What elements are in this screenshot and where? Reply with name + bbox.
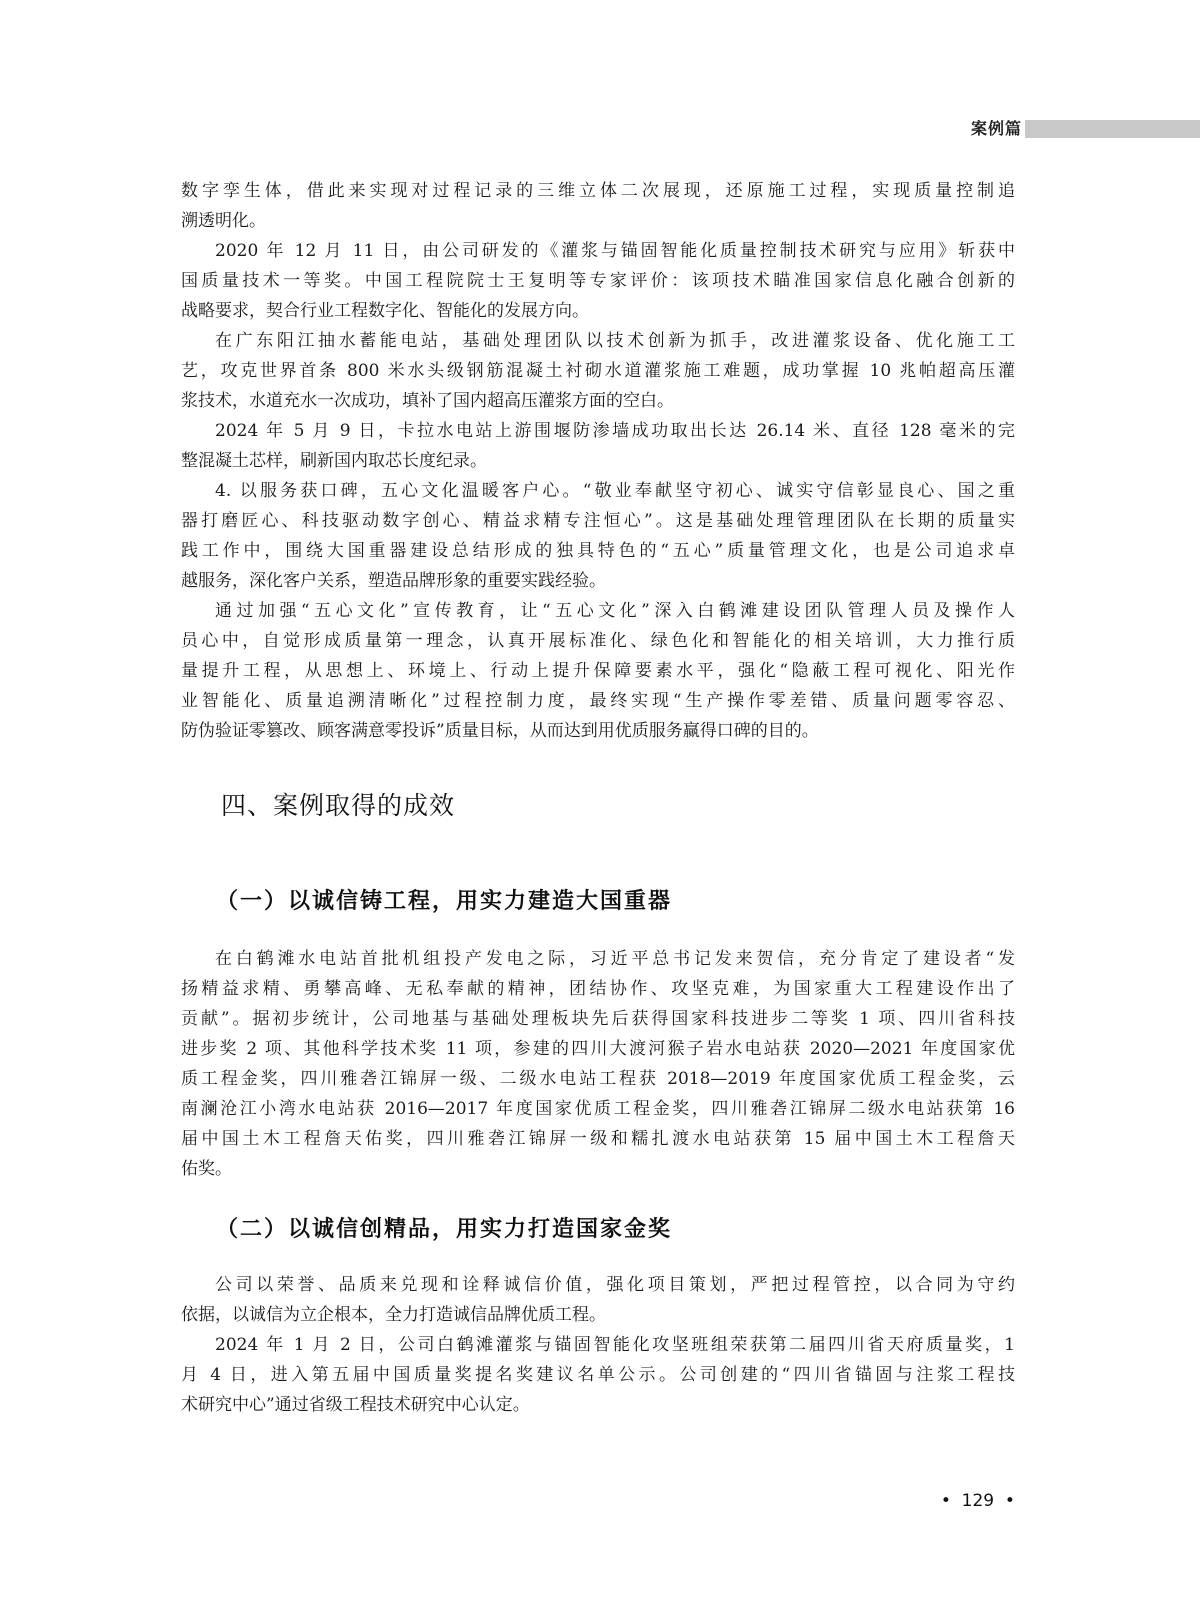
subsection-heading-1: （一）以诚信铸工程，用实力建造大国重器 xyxy=(216,884,672,915)
text-line: 质工程金奖，四川雅砻江锦屏一级、二级水电站工程获 2018—2019 年度国家优… xyxy=(181,1064,1015,1094)
paragraph: 4. 以服务获口碑，五心文化温暖客户心。“敬业奉献坚守初心、诚实守信彰显良心、国… xyxy=(181,476,1015,596)
footer-dot-left: • xyxy=(941,1491,951,1511)
text-line: 2020 年 12 月 11 日，由公司研发的《灌浆与锚固智能化质量控制技术研究… xyxy=(181,236,1015,266)
paragraph: 在广东阳江抽水蓄能电站，基础处理团队以技术创新为抓手，改进灌浆设备、优化施工工艺… xyxy=(181,326,1015,416)
paragraph: 数字孪生体，借此来实现对过程记录的三维立体二次展现，还原施工过程，实现质量控制追… xyxy=(181,176,1015,236)
text-line: 国质量技术一等奖。中国工程院院士王复明等专家评价：该项技术瞄准国家信息化融合创新… xyxy=(181,266,1015,296)
running-header: 案例篇 xyxy=(0,118,1200,140)
text-line: 通过加强“五心文化”宣传教育，让“五心文化”深入白鹤滩建设团队管理人员及操作人 xyxy=(181,596,1015,626)
text-line: 量提升工程，从思想上、环境上、行动上提升保障要素水平，强化“隐蔽工程可视化、阳光… xyxy=(181,656,1015,686)
text-line: 佑奖。 xyxy=(181,1154,1015,1184)
subsection-2-body: 公司以荣誉、品质来兑现和诠释诚信价值，强化项目策划，严把过程管控，以合同为守约依… xyxy=(181,1270,1015,1420)
text-line: 进步奖 2 项、其他科学技术奖 11 项，参建的四川大渡河猴子岩水电站获 202… xyxy=(181,1034,1015,1064)
paragraph: 在白鹤滩水电站首批机组投产发电之际，习近平总书记发来贺信，充分肯定了建设者“发扬… xyxy=(181,944,1015,1184)
text-line: 在白鹤滩水电站首批机组投产发电之际，习近平总书记发来贺信，充分肯定了建设者“发 xyxy=(181,944,1015,974)
text-line: 业智能化、质量追溯清晰化”过程控制力度，最终实现“生产操作零差错、质量问题零容忍… xyxy=(181,686,1015,716)
paragraph: 2024 年 5 月 9 日，卡拉水电站上游围堰防渗墙成功取出长达 26.14 … xyxy=(181,416,1015,476)
body-text-top: 数字孪生体，借此来实现对过程记录的三维立体二次展现，还原施工过程，实现质量控制追… xyxy=(181,176,1015,746)
text-line: 在广东阳江抽水蓄能电站，基础处理团队以技术创新为抓手，改进灌浆设备、优化施工工 xyxy=(181,326,1015,356)
section-label: 案例篇 xyxy=(971,118,1022,140)
subsection-heading-2: （二）以诚信创精品，用实力打造国家金奖 xyxy=(216,1212,672,1243)
footer-dot-right: • xyxy=(1005,1491,1015,1511)
text-line: 浆技术，水道充水一次成功，填补了国内超高压灌浆方面的空白。 xyxy=(181,386,1015,416)
text-line: 2024 年 1 月 2 日，公司白鹤滩灌浆与锚固智能化攻坚班组荣获第二届四川省… xyxy=(181,1330,1015,1360)
subsection-1-body: 在白鹤滩水电站首批机组投产发电之际，习近平总书记发来贺信，充分肯定了建设者“发扬… xyxy=(181,944,1015,1184)
header-bar-decoration xyxy=(1025,120,1200,138)
text-line: 防伪验证零篡改、顾客满意零投诉”质量目标，从而达到用优质服务赢得口碑的目的。 xyxy=(181,716,1015,746)
text-line: 公司以荣誉、品质来兑现和诠释诚信价值，强化项目策划，严把过程管控，以合同为守约 xyxy=(181,1270,1015,1300)
text-line: 员心中，自觉形成质量第一理念，认真开展标准化、绿色化和智能化的相关培训，大力推行… xyxy=(181,626,1015,656)
text-line: 越服务，深化客户关系，塑造品牌形象的重要实践经验。 xyxy=(181,566,1015,596)
text-line: 战略要求，契合行业工程数字化、智能化的发展方向。 xyxy=(181,296,1015,326)
text-line: 术研究中心”通过省级工程技术研究中心认定。 xyxy=(181,1390,1015,1420)
text-line: 整混凝土芯样，刷新国内取芯长度纪录。 xyxy=(181,446,1015,476)
section-heading: 四、案例取得的成效 xyxy=(221,786,455,822)
text-line: 艺，攻克世界首条 800 米水头级钢筋混凝土衬砌水道灌浆施工难题，成功掌握 10… xyxy=(181,356,1015,386)
page-footer: • 129 • xyxy=(930,1471,1015,1511)
text-line: 届中国土木工程詹天佑奖，四川雅砻江锦屏一级和糯扎渡水电站获第 15 届中国土木工… xyxy=(181,1124,1015,1154)
text-line: 4. 以服务获口碑，五心文化温暖客户心。“敬业奉献坚守初心、诚实守信彰显良心、国… xyxy=(181,476,1015,506)
paragraph: 2020 年 12 月 11 日，由公司研发的《灌浆与锚固智能化质量控制技术研究… xyxy=(181,236,1015,326)
page-number: 129 xyxy=(962,1491,994,1511)
text-line: 器打磨匠心、科技驱动数字创心、精益求精专注恒心”。这是基础处理管理团队在长期的质… xyxy=(181,506,1015,536)
paragraph: 公司以荣誉、品质来兑现和诠释诚信价值，强化项目策划，严把过程管控，以合同为守约依… xyxy=(181,1270,1015,1330)
text-line: 南澜沧江小湾水电站获 2016—2017 年度国家优质工程金奖，四川雅砻江锦屏二… xyxy=(181,1094,1015,1124)
text-line: 2024 年 5 月 9 日，卡拉水电站上游围堰防渗墙成功取出长达 26.14 … xyxy=(181,416,1015,446)
text-line: 贡献”。据初步统计，公司地基与基础处理板块先后获得国家科技进步二等奖 1 项、四… xyxy=(181,1004,1015,1034)
text-line: 数字孪生体，借此来实现对过程记录的三维立体二次展现，还原施工过程，实现质量控制追 xyxy=(181,176,1015,206)
text-line: 月 4 日，进入第五届中国质量奖提名奖建议名单公示。公司创建的“四川省锚固与注浆… xyxy=(181,1360,1015,1390)
paragraph: 通过加强“五心文化”宣传教育，让“五心文化”深入白鹤滩建设团队管理人员及操作人员… xyxy=(181,596,1015,746)
text-line: 践工作中，围绕大国重器建设总结形成的独具特色的“五心”质量管理文化，也是公司追求… xyxy=(181,536,1015,566)
text-line: 扬精益求精、勇攀高峰、无私奉献的精神，团结协作、攻坚克难，为国家重大工程建设作出… xyxy=(181,974,1015,1004)
text-line: 依据，以诚信为立企根本，全力打造诚信品牌优质工程。 xyxy=(181,1300,1015,1330)
paragraph: 2024 年 1 月 2 日，公司白鹤滩灌浆与锚固智能化攻坚班组荣获第二届四川省… xyxy=(181,1330,1015,1420)
text-line: 溯透明化。 xyxy=(181,206,1015,236)
